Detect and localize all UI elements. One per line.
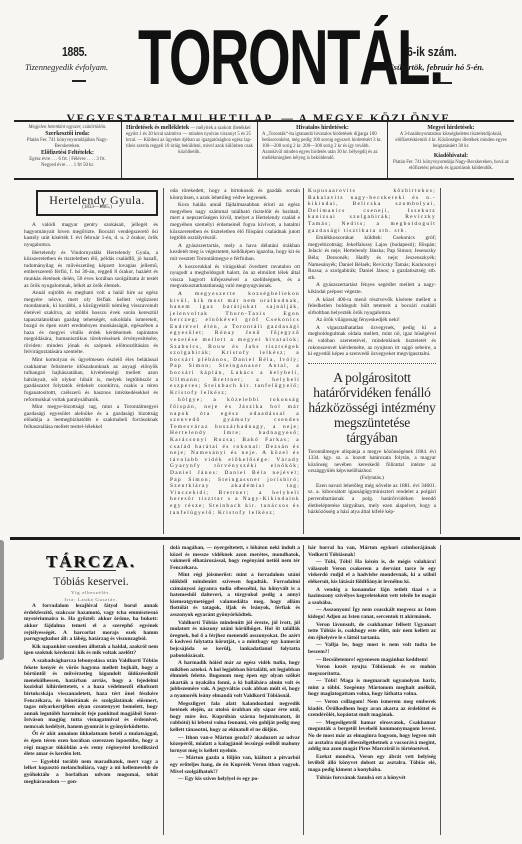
editorial-office-heading: Szerkesztői iroda: bbox=[18, 131, 117, 138]
paragraph: — Egy kis szíves helylyel és egy po- bbox=[170, 776, 300, 783]
ads-info-box: Hirdetések és mellékletek — mélyítek a s… bbox=[122, 122, 258, 178]
column-divider bbox=[440, 545, 441, 835]
county-ads-text: A 3-hasábnyomtatásu községkeletes tiszte… bbox=[392, 132, 510, 150]
paragraph: Kik napankint szemben állottak a haldal,… bbox=[24, 644, 158, 657]
paragraph: — Megesligetről hamar elrosvatok, Csakha… bbox=[308, 720, 436, 753]
masthead-issue-number: 6-ik szám. bbox=[407, 44, 457, 59]
obituary-box: Hertelendy Gyula. (1833—1885.) bbox=[36, 190, 158, 216]
masthead-dash-left bbox=[72, 80, 86, 82]
paragraph: Ezekzt mondva, Veron egy ábrát vett hely… bbox=[308, 754, 436, 774]
story-author: Irta: Lauka Gusztáv. bbox=[24, 596, 158, 603]
subscription-heading: Előfizetési Feltételek: bbox=[18, 150, 117, 157]
paragraph: Mint megye-bizottsági tag, mint a Toront… bbox=[24, 404, 158, 430]
paragraph: — Becsületemre! egyenesen magánhoz keddt… bbox=[308, 657, 436, 664]
county-ads-box: Megyei hirdetések: A 3-hasábnyomtatásu k… bbox=[388, 122, 514, 178]
paragraph: hölgye; a közelebbi rokonság főispán, ne… bbox=[170, 397, 300, 516]
column-1-obituary: Hertelendy Gyula. (1833—1885.) A valódi … bbox=[24, 188, 158, 534]
paragraph: A szabadságharcza lebonyolása után Valdk… bbox=[24, 658, 158, 731]
masthead-year: 1885. bbox=[62, 44, 87, 59]
editorial-office-text: Platán Fer. 741 könyvnyomdájában Nagy-Be… bbox=[18, 138, 117, 150]
official-ads-box: Hivatalos hirdetések: A „Toronták“-ba ig… bbox=[258, 122, 388, 178]
paragraph: A vendég a konamdar fájn tetlelt tiaai s… bbox=[308, 587, 436, 607]
paragraph: Őt ér akit annaiom ükkolatnam beteli a m… bbox=[24, 731, 158, 757]
feuilleton-column-1: TÁRCZA. Tóbiás keservei. Víg elbeszélés.… bbox=[24, 545, 158, 835]
story-genre: Víg elbeszélés. bbox=[24, 589, 158, 596]
paragraph: dolá magában, — nyergeltetett, s lóháton… bbox=[170, 545, 300, 571]
paragraph: — Márton gazda a följön van, kiáltott a … bbox=[170, 755, 300, 775]
paragraph: Mint komolyan és ügyelmesen észlelő éles… bbox=[24, 357, 158, 403]
column-2: oda törekedett, hogy a birtokosok és gaz… bbox=[170, 188, 300, 534]
paragraph: — Veron csillagom! Nem ismerem meg ember… bbox=[308, 699, 436, 719]
column-divider bbox=[163, 545, 164, 835]
feuilleton-column-3: hár borral ha van, Márton egykori czimbo… bbox=[308, 545, 436, 835]
story-title: Tóbiás keservei. bbox=[24, 579, 158, 586]
info-boxes-row: Megjelen hetenkint egyszer, csütörtökön.… bbox=[14, 120, 514, 180]
masthead: 1885. Tizennegyedik évfolyam. TORONTÁL. … bbox=[0, 14, 522, 104]
feuilleton-section-title: TÁRCZA. bbox=[24, 559, 158, 566]
paragraph: Megszilgyet fala alatt kalandozdani negy… bbox=[170, 701, 300, 734]
publisher-text: Platán Fer. 741 könyvnyomdája Nagy-Becsk… bbox=[392, 160, 510, 172]
paragraph: Kora halála annál fájdalmasabban érinti … bbox=[170, 202, 300, 242]
paragraph: Mint régi jóismerőst: mint a forradalom … bbox=[170, 572, 300, 618]
newspaper-page: 1885. Tizennegyedik évfolyam. TORONTÁL. … bbox=[0, 0, 522, 844]
feuilleton-separator bbox=[10, 537, 520, 540]
paragraph: Tóbiás furcsának fanulsá ezt a könyvét bbox=[308, 775, 436, 782]
paragraph: — Vallja be, hogy most is nem volt tudta… bbox=[308, 642, 436, 655]
paragraph: oda törekedett, hogy a birtokosok és gaz… bbox=[170, 188, 300, 201]
ads-heading: Hirdetések és mellékletek bbox=[126, 125, 189, 131]
paragraph: Hertelendy és Vindornyaláki Hertelendy G… bbox=[24, 250, 158, 290]
paragraph: — Ithon van-e Márton gezda!? akadozott a… bbox=[170, 735, 300, 755]
paragraph: hár borral ha van, Márton egykori czimbo… bbox=[308, 545, 436, 558]
publisher-heading: Kiadóhivatal: bbox=[392, 153, 510, 160]
paragraph: Veron lávunsult, de csakhamar fellsett U… bbox=[308, 622, 436, 642]
masthead-title: TORONTÁL. bbox=[138, 14, 443, 100]
paragraph: — Egyebbl torább nem maradhatok, mert va… bbox=[24, 759, 158, 785]
subscription-prices-line2: Negyed évre . . . 1 frt 50 kr. bbox=[18, 163, 117, 169]
masthead-volume: Tizennegyedik évfolyam. bbox=[25, 62, 108, 72]
column-divider bbox=[303, 188, 304, 534]
official-ads-heading: Hivatalos hirdetések: bbox=[262, 125, 383, 132]
obituary-name: Hertelendy Gyula. bbox=[40, 197, 154, 204]
paragraph: — Tóbi, Tóbi! Ha kézén is, de mégis vala… bbox=[308, 559, 436, 585]
ads-deadline-text: tileis szerda reggeli 10 óráig beküldeni… bbox=[126, 144, 253, 156]
paragraph: A gyászszertartás, mely a hava délutáni … bbox=[170, 243, 300, 263]
column-4 bbox=[388, 188, 518, 534]
column-divider bbox=[163, 188, 164, 534]
column-divider bbox=[303, 545, 304, 835]
paragraph: A forradalom lezajlóval fátyol borul ann… bbox=[24, 603, 158, 643]
publication-info-box: Megjelen hetenkint egyszer, csütörtökön.… bbox=[14, 122, 122, 178]
paragraph: — Tóbi! Maga is megmaradt ugyanolyan har… bbox=[308, 678, 436, 698]
paragraph: A harmadik hóiéd már az egész vidék tudi… bbox=[170, 660, 300, 700]
feuilleton-column-2: dolá magában, — nyergeltetett, s lóháton… bbox=[170, 545, 300, 835]
page-edge-shadow bbox=[0, 540, 4, 660]
masthead-date: Csütörtök, február hó 5-én. bbox=[388, 62, 484, 72]
paragraph: Valdkorti Tóbiás mindenütt jól érezte, j… bbox=[170, 620, 300, 660]
paragraph: A valódi magyar gentry szokásait, jelleg… bbox=[24, 222, 158, 248]
paragraph: A koszorukkal és virágokkal övedzett rav… bbox=[170, 264, 300, 290]
paragraph: — Asszonyom! Így nem csuszkált megvesz a… bbox=[308, 607, 436, 620]
county-ads-heading: Megyei hirdetések: bbox=[392, 125, 510, 132]
paragraph: Annál sujtóbb és megható volt a halál hi… bbox=[24, 290, 158, 356]
official-ads-text: A „Toronták“-ba igtatandó hivatalos hird… bbox=[262, 132, 383, 162]
paragraph: A megyeszerte kozségbeliekon kivül, kik … bbox=[170, 291, 300, 397]
masthead-dash-right bbox=[438, 82, 452, 84]
paragraph: Veron kezét nyujta Tóbiásnak és ez mohón… bbox=[308, 664, 436, 677]
